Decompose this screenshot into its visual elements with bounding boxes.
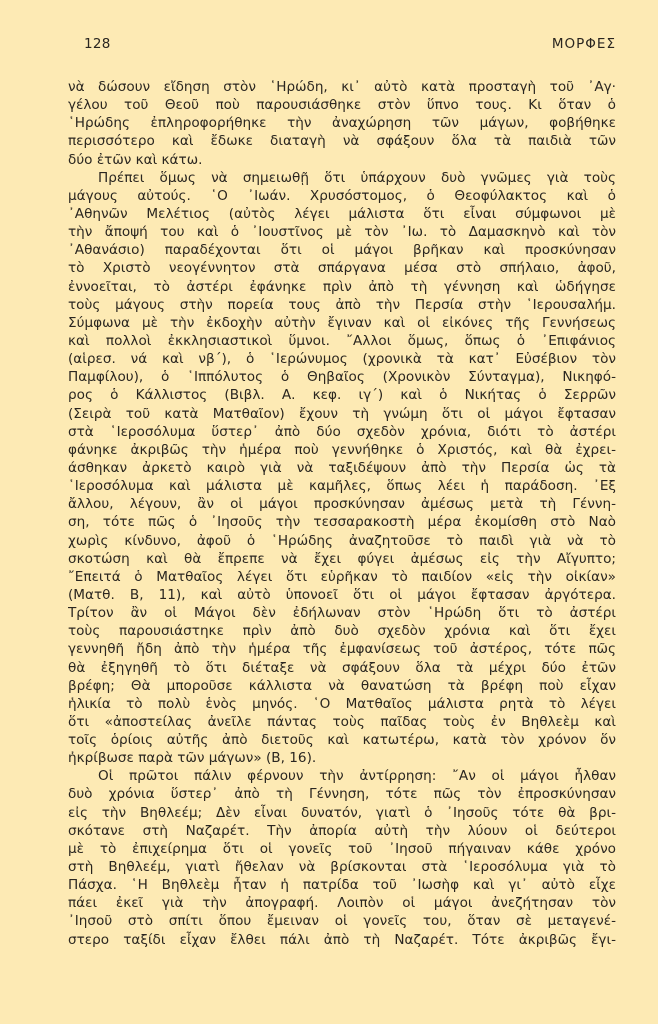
text-line: γεννηθῆ ἤδη ἀπὸ τὴν ἡμέρα τῆς ἐμφανίσεως… <box>68 640 616 658</box>
text-line: τὴν ἄποψή του καὶ ὁ ᾿Ιουστῖνος μὲ τὸν ᾿Ι… <box>68 223 616 241</box>
text-line: τοὺς μάγους στὴν πορεία τους ἀπὸ τὴν Περ… <box>68 296 616 314</box>
text-line: ὅτι «ἀποστείλας ἀνεῖλε πάντας τοὺς παῖδα… <box>68 713 616 731</box>
text-line: θὰ ἐξηγηθῆ τὸ ὅτι διέταξε νὰ σφάξουν ὅλα… <box>68 659 616 677</box>
text-line: εἰς τὴν Βηθλεέμ; Δὲν εἶναι δυνατόν, γιατ… <box>68 804 616 822</box>
text-line: στὰ ῾Ιεροσόλυμα ὕστερ᾿ ἀπὸ δύο σχεδὸν χρ… <box>68 423 616 441</box>
text-line: άσθηκαν ἀρκετὸ καιρὸ γιὰ νὰ ταξιδέψουν ἀ… <box>68 459 616 477</box>
text-line: τὸ Χριστὸ νεογέννητον στὰ σπάργανα μέσα … <box>68 259 616 277</box>
text-line: στὴ Βηθλεέμ, γιατὶ ἤθελαν νὰ βρίσκονται … <box>68 858 616 876</box>
text-line: ῾Ηρώδης ἐπληροφορήθηκε τὴν ἀναχώρηση τῶν… <box>68 114 616 132</box>
text-line: ἠκρίβωσε παρὰ τῶν μάγων» (Β, 16). <box>68 749 616 767</box>
text-line: ῎Επειτά ὁ Ματθαῖος λέγει ὅτι εὑρῆκαν τὸ … <box>68 568 616 586</box>
text-line: δύο ἐτῶν καὶ κάτω. <box>68 151 616 169</box>
text-line: καὶ πολλοὶ ἐκκλησιαστικοὶ ὕμνοι. ῎Αλλοι … <box>68 332 616 350</box>
page-number: 128 <box>84 36 111 52</box>
text-line: δυὸ χρόνια ὕστερ᾿ ἀπὸ τὴ Γέννηση, τότε π… <box>68 785 616 803</box>
book-page: 128 ΜΟΡΦΕΣ νὰ δώσουν εἴδηση στὸν ῾Ηρώδη,… <box>0 0 658 1024</box>
text-line: γέλου τοῦ Θεοῦ ποὺ παρουσιάσθηκε στὸν ὕπ… <box>68 96 616 114</box>
text-line: (αἱρεσ. νά καὶ νβ΄), ὁ ῾Ιερώνυμος (χρονι… <box>68 350 616 368</box>
text-line: ᾿Αθανάσιο) παραδέχονται ὅτι οἱ μάγοι βρῆ… <box>68 241 616 259</box>
text-line: ᾿Ιησοῦ στὸ σπίτι ὅπου ἔμειναν οἱ γονεῖς … <box>68 912 616 930</box>
text-line: ἡλικία τὸ πολὺ ἑνὸς μηνός. ῾Ο Ματθαῖος μ… <box>68 695 616 713</box>
text-line: χωρὶς κίνδυνο, ἀφοῦ ὁ ῾Ηρώδης ἀναζητοῦσε… <box>68 532 616 550</box>
text-line: φάνηκε ἀκριβῶς τὴν ἡμέρα ποὺ γεννήθηκε ὁ… <box>68 441 616 459</box>
text-line: νὰ δώσουν εἴδηση στὸν ῾Ηρώδη, κι᾿ αὐτὸ κ… <box>68 78 616 96</box>
text-line: ᾿Αθηνῶν Μελέτιος (αὐτὸς λέγει μάλιστα ὅτ… <box>68 205 616 223</box>
text-line: σκότανε στὴ Ναζαρέτ. Τὴν ἀπορία αὐτὴ τὴν… <box>68 822 616 840</box>
body-text: νὰ δώσουν εἴδηση στὸν ῾Ηρώδη, κι᾿ αὐτὸ κ… <box>68 78 616 949</box>
text-line: βρέφη; Θὰ μποροῦσε κάλλιστα νὰ θανατώση … <box>68 677 616 695</box>
text-line: ῾Ιεροσόλυμα καὶ μάλιστα μὲ καμῆλες, ὅπως… <box>68 477 616 495</box>
text-line: Σύμφωνα μὲ τὴν ἐκδοχὴν αὐτὴν ἔγιναν καὶ … <box>68 314 616 332</box>
running-title: ΜΟΡΦΕΣ <box>552 36 616 52</box>
text-line: πάει ἐκεῖ γιὰ τὴν ἀπογραφή. Λοιπὸν οἱ μά… <box>68 894 616 912</box>
text-line: (Ματθ. Β, 11), καὶ αὐτὸ ὑπονοεῖ ὅτι οἱ μ… <box>68 586 616 604</box>
text-line: ση, τότε πῶς ὁ ᾿Ιησοῦς τὴν τεσσαρακοστὴ … <box>68 513 616 531</box>
text-line: Πρέπει ὅμως νὰ σημειωθῇ ὅτι ὑπάρχουν δυὸ… <box>68 169 616 187</box>
text-line: ρος ὁ Κάλλιστος (Βιβλ. Α. κεφ. ιγ΄) καὶ … <box>68 386 616 404</box>
text-line: στερο ταξίδι εἶχαν ἔλθει πάλι ἀπὸ τὴ Ναζ… <box>68 931 616 949</box>
text-line: Πάσχα. ῾Η Βηθλεὲμ ἦταν ἡ πατρίδα τοῦ ᾿Ιω… <box>68 876 616 894</box>
text-line: μάγους αὐτούς. ῾Ο ᾿Ιωάν. Χρυσόστομος, ὁ … <box>68 187 616 205</box>
text-line: ἐννοεῖται, τὸ ἀστέρι ἐφάνηκε πρὶν ἀπὸ τὴ… <box>68 278 616 296</box>
text-line: Οἱ πρῶτοι πάλιν φέρνουν τὴν ἀντίρρηση: ῎… <box>68 767 616 785</box>
text-line: (Σειρὰ τοῦ κατὰ Ματθαῖον) ἔχουν τὴ γνώμη… <box>68 405 616 423</box>
text-line: ἄλλου, λέγουν, ἂν οἱ μάγοι προσκύνησαν ἀ… <box>68 495 616 513</box>
text-line: τοὺς παρουσιάστηκε πρὶν ἀπὸ δυὸ σχεδὸν χ… <box>68 622 616 640</box>
text-line: τοῖς ὁρίοις αὐτῆς ἀπὸ διετοῦς καὶ κατωτέ… <box>68 731 616 749</box>
text-line: μὲ τὸ ἐπιχείρημα ὅτι οἱ γονεῖς τοῦ ᾿Ιησο… <box>68 840 616 858</box>
running-head: 128 ΜΟΡΦΕΣ <box>84 36 616 56</box>
text-line: σκοτώση καὶ θὰ ἔπρεπε νὰ ἔχει φύγει ἀμέσ… <box>68 550 616 568</box>
text-line: Τρίτον ἂν οἱ Μάγοι δὲν ἐδήλωναν στὸν ῾Ηρ… <box>68 604 616 622</box>
text-line: Παμφίλου), ὁ ῾Ιππόλυτος ὁ Θηβαῖος (Χρονι… <box>68 368 616 386</box>
text-line: περισσότερο καὶ ἔδωκε διαταγὴ νὰ σφάξουν… <box>68 132 616 150</box>
